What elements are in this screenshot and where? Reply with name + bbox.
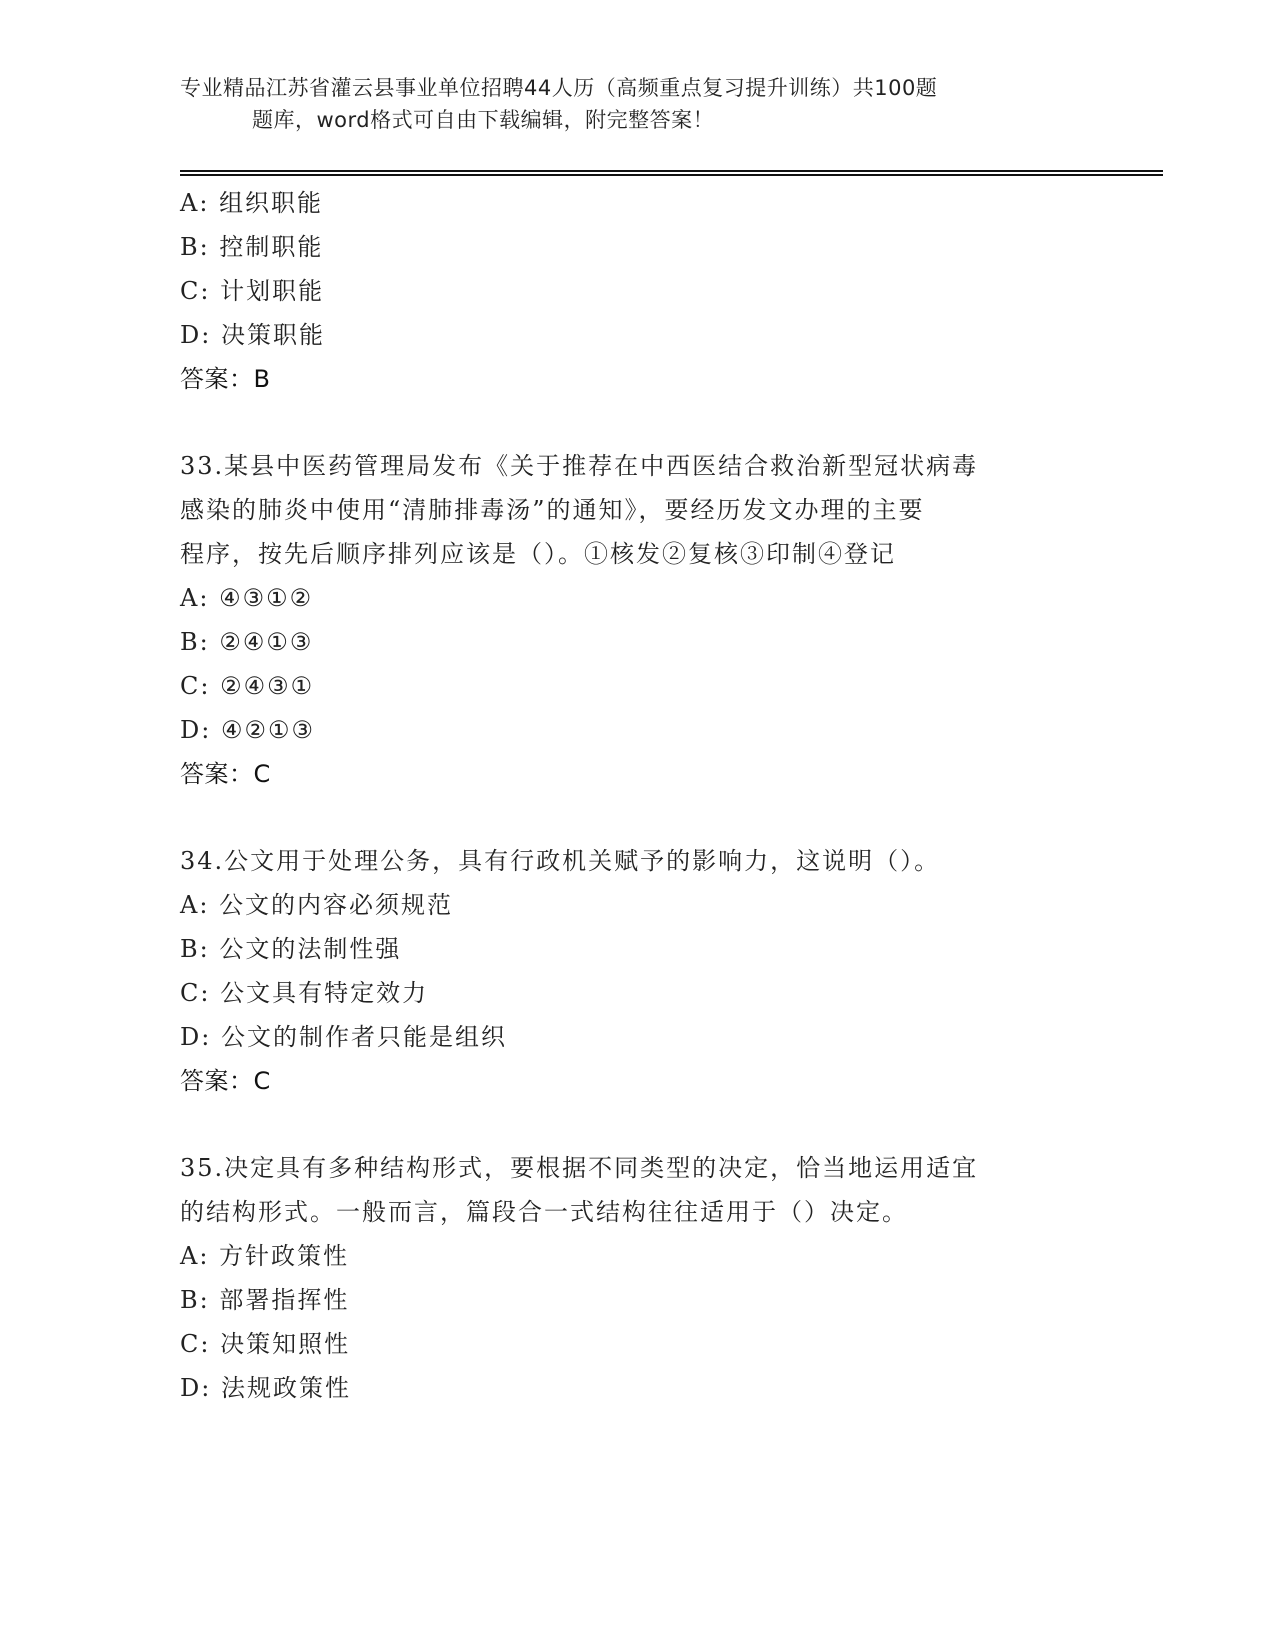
question-text-line: 35.决定具有多种结构形式，要根据不同类型的决定，恰当地运用适宜 (180, 1146, 1060, 1190)
document-header: 专业精品江苏省灌云县事业单位招聘44人历（高频重点复习提升训练）共100题 题库… (180, 72, 1060, 136)
question-text-line: 33.某县中医药管理局发布《关于推荐在中西医结合救治新型冠状病毒 (180, 444, 1060, 488)
option-c: C: 计划职能 (180, 269, 1060, 313)
option-c: C: 决策知照性 (180, 1322, 1060, 1366)
option-b: B: 控制职能 (180, 225, 1060, 269)
option-a: A: 组织职能 (180, 181, 1060, 225)
option-c: C: ②④③① (180, 664, 1060, 708)
option-d: D: ④②①③ (180, 708, 1060, 752)
question-block-35: 35.决定具有多种结构形式，要根据不同类型的决定，恰当地运用适宜 的结构形式。一… (180, 1146, 1060, 1410)
question-list: A: 组织职能 B: 控制职能 C: 计划职能 D: 决策职能 答案：B 33.… (180, 181, 1060, 1410)
option-d: D: 公文的制作者只能是组织 (180, 1015, 1060, 1059)
option-d: D: 决策职能 (180, 313, 1060, 357)
option-b: B: 公文的法制性强 (180, 927, 1060, 971)
question-block-32: A: 组织职能 B: 控制职能 C: 计划职能 D: 决策职能 答案：B (180, 181, 1060, 401)
question-block-33: 33.某县中医药管理局发布《关于推荐在中西医结合救治新型冠状病毒 感染的肺炎中使… (180, 444, 1060, 796)
option-a: A: ④③①② (180, 576, 1060, 620)
header-title-line-1: 专业精品江苏省灌云县事业单位招聘44人历（高频重点复习提升训练）共100题 (180, 72, 1060, 104)
option-a: A: 方针政策性 (180, 1234, 1060, 1278)
header-title-line-2: 题库，word格式可自由下载编辑，附完整答案！ (180, 104, 1060, 136)
option-b: B: ②④①③ (180, 620, 1060, 664)
option-b: B: 部署指挥性 (180, 1278, 1060, 1322)
question-block-34: 34.公文用于处理公务，具有行政机关赋予的影响力，这说明（）。 A: 公文的内容… (180, 839, 1060, 1103)
header-double-rule (180, 170, 1163, 176)
option-d: D: 法规政策性 (180, 1366, 1060, 1410)
option-a: A: 公文的内容必须规范 (180, 883, 1060, 927)
answer-line: 答案：C (180, 1059, 1060, 1103)
question-text-line: 感染的肺炎中使用“清肺排毒汤”的通知》，要经历发文办理的主要 (180, 488, 1060, 532)
question-text-line: 34.公文用于处理公务，具有行政机关赋予的影响力，这说明（）。 (180, 839, 1060, 883)
answer-line: 答案：B (180, 357, 1060, 401)
question-text-line: 程序，按先后顺序排列应该是（）。①核发②复核③印制④登记 (180, 532, 1060, 576)
option-c: C: 公文具有特定效力 (180, 971, 1060, 1015)
question-text-line: 的结构形式。一般而言，篇段合一式结构往往适用于（）决定。 (180, 1190, 1060, 1234)
answer-line: 答案：C (180, 752, 1060, 796)
